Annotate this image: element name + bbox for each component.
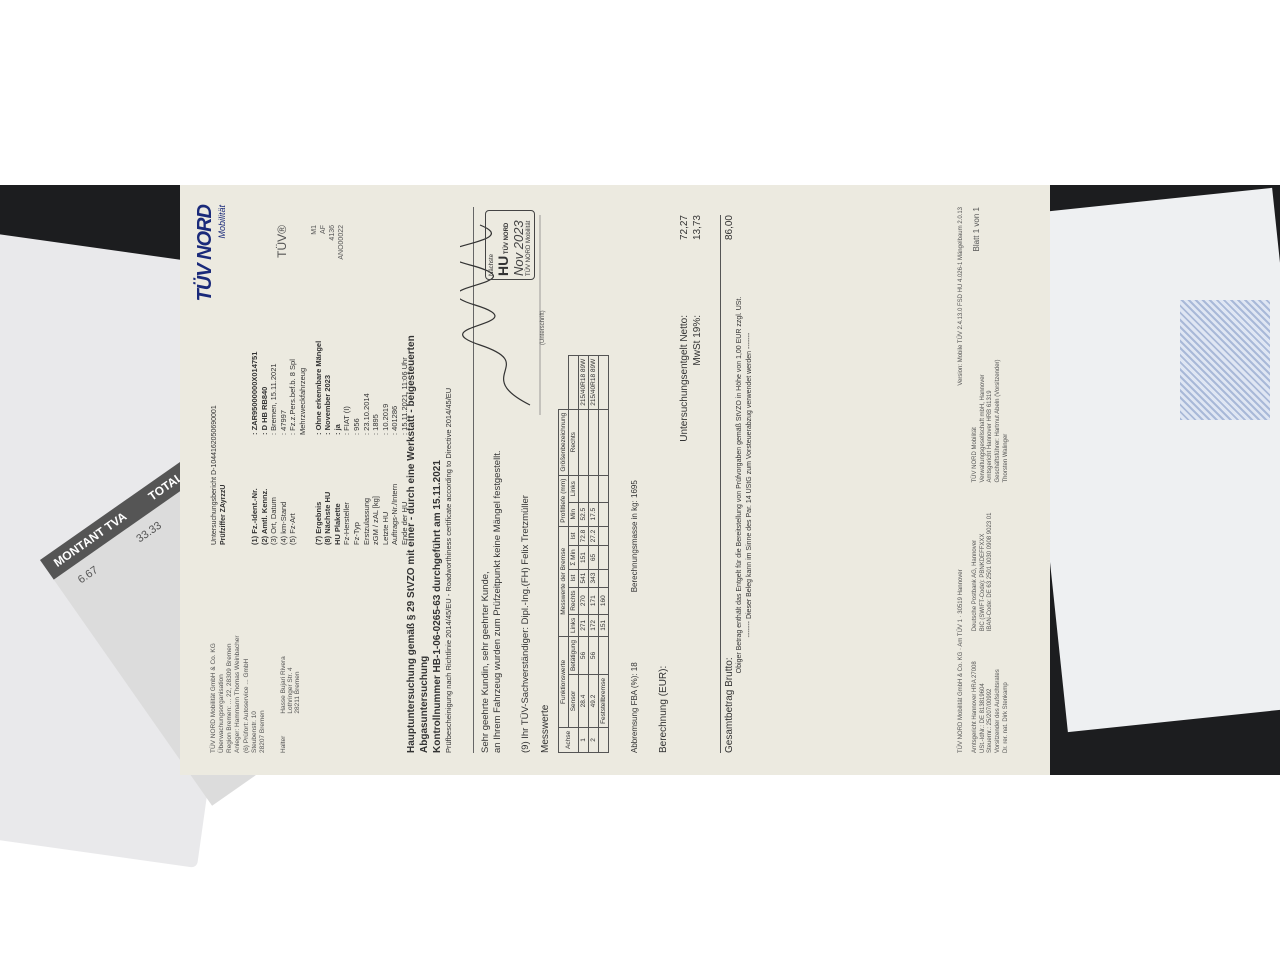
calculation: Untersuchungsentgelt Netto:72,27 MwSt 19… xyxy=(678,215,704,615)
tax-note: Obiger Betrag enthält das Entgelt für di… xyxy=(735,235,755,735)
hu-stamp: Nächste HU TÜV NORD Nov 2023 TÜV NORD Mo… xyxy=(485,210,535,280)
envelope-pattern xyxy=(1180,300,1270,420)
braking-info: Abbremsung FBA (%): 18 Berechnungsmasse … xyxy=(630,480,639,753)
field-row: Fz-Hersteller: FIAT (I) xyxy=(342,235,352,545)
inspector-name: (9) Ihr TÜV-Sachverständiger: Dipl.-Ing.… xyxy=(520,495,531,753)
field-row: (2) Amtl. Kennz.: D HB RB840 xyxy=(260,235,270,545)
measurements-title: Messwerte xyxy=(540,705,551,753)
table-row: 128.45627127054115172.852.5215/40R18 89W xyxy=(579,355,589,752)
table-row: Feststellbremse151160 xyxy=(599,355,609,752)
report-title: Hauptuntersuchung gemäß § 29 StVZO mit e… xyxy=(405,193,454,753)
tuv-mark: TÜV® xyxy=(275,225,289,258)
field-row: Letzte HU: 10.2019 xyxy=(381,235,391,545)
field-row: zGM / zAL [kg]: 1895 xyxy=(371,235,381,545)
field-row: (8) Nächste HU: November 2023 xyxy=(323,235,333,545)
report-header: Untersuchungsbericht D-1044162050690001 … xyxy=(210,405,228,545)
inspection-report: TÜV NORD Mobilität TÜV NORD Mobilität Gm… xyxy=(180,185,1050,775)
field-row: (4) km-Stand: 47997 xyxy=(279,235,289,545)
issuer-address: TÜV NORD Mobilität GmbH & Co. KGÜberwach… xyxy=(210,573,267,753)
field-row: (7) Ergebnis: Ohne erkennbare Mängel xyxy=(314,235,324,545)
field-row: Erstzulassung: 23.10.2014 xyxy=(362,235,372,545)
field-row: Mehrzweckfahrzeug xyxy=(298,235,308,545)
vehicle-fields: (1) Fz.-Ident.-Nr.: ZAR95000000X014751(2… xyxy=(250,235,410,545)
table-row: 249.2561721713436527.217.5215/40R18 89W xyxy=(589,355,599,752)
measurements-table: AchseFunktionswerteMesswerte der BremseP… xyxy=(558,355,609,753)
field-row: Fz-Typ: 956 xyxy=(352,235,362,545)
total-gross: Gesamtbetrag Brutto: 86,00 xyxy=(720,215,735,753)
side-codes: M1AF4136ANO00022 xyxy=(310,225,346,260)
greeting: Sehr geehrte Kundin, sehr geehrter Kunde… xyxy=(480,450,505,753)
field-row: HU Plakette: ja xyxy=(333,235,343,545)
field-row: (5) Fz-Art: Fz.z.Pers.bef.b. 8 Spl xyxy=(288,235,298,545)
report-footer: TÜV NORD Mobilität GmbH & Co. KG · Am TÜ… xyxy=(958,207,1011,753)
report-sheet: TÜV NORD Mobilität TÜV NORD Mobilität Gm… xyxy=(180,185,1050,775)
field-row: Auftrags-Nr./Intern: 401286 xyxy=(390,235,400,545)
calculation-title: Berechnung (EUR): xyxy=(658,666,669,753)
tuv-nord-logo: TÜV NORD Mobilität xyxy=(194,205,227,301)
vehicle-holder: Halter Hasse Bujari RiveraLothringer Str… xyxy=(280,656,301,753)
field-row: (3) Ort, Datum: Bremen, 15.11.2021 xyxy=(269,235,279,545)
field-row: (1) Fz.-Ident.-Nr.: ZAR95000000X014751 xyxy=(250,235,260,545)
